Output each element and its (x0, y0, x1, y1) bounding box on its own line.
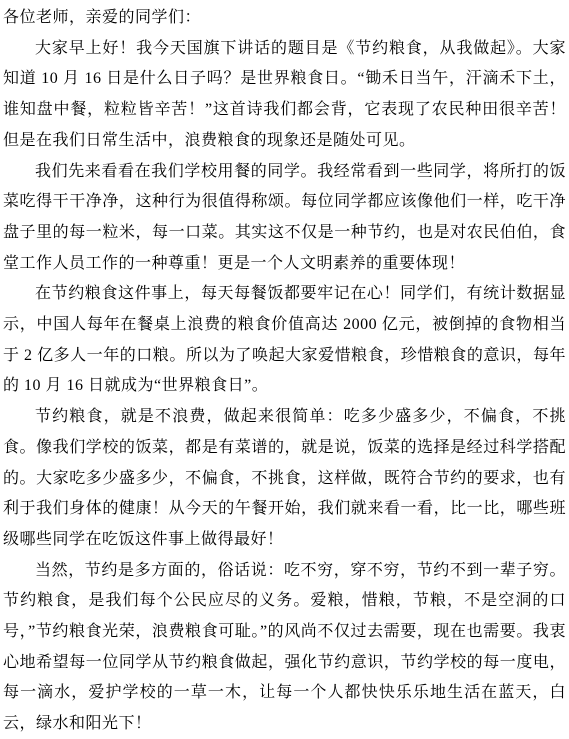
paragraph-statistics: 在节约粮食这件事上，每天每餐饭都要牢记在心！同学们，有统计数据显示，中国人每年在… (3, 279, 566, 402)
paragraph-how-to-save: 节约粮食，就是不浪费，做起来很简单：吃多少盛多少，不偏食，不挑食。像我们学校的饭… (3, 402, 566, 556)
paragraph-intro: 大家早上好！我今天国旗下讲话的题目是《节约粮食，从我做起》。大家知道 10 月 … (3, 34, 566, 157)
document-body: 各位老师，亲爱的同学们： 大家早上好！我今天国旗下讲话的题目是《节约粮食，从我做… (3, 3, 566, 739)
paragraph-school-canteen: 我们先来看看在我们学校用餐的同学。我经常看到一些同学，将所打的饭菜吃得干干净净，… (3, 157, 566, 280)
paragraph-conclusion: 当然，节约是多方面的，俗话说：吃不穷，穿不穷，节约不到一辈子穷。节约粮食，是我们… (3, 556, 566, 739)
paragraph-salutation: 各位老师，亲爱的同学们： (3, 3, 566, 34)
document-page: 各位老师，亲爱的同学们： 大家早上好！我今天国旗下讲话的题目是《节约粮食，从我做… (0, 0, 569, 739)
